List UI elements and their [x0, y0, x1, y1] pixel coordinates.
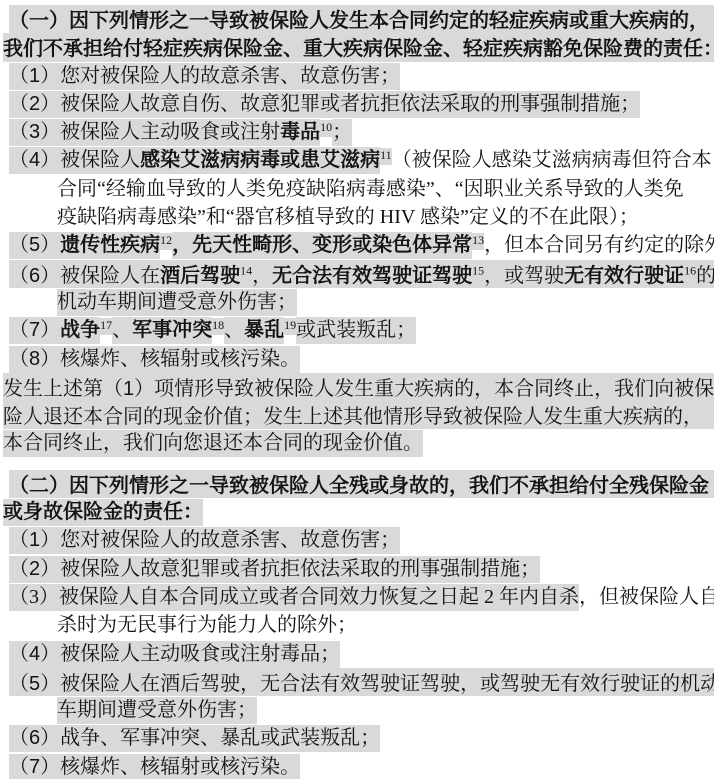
text-segment: 先天性畸形、变形或染色体异常: [192, 232, 472, 259]
superscript-marker: 14: [240, 263, 252, 277]
clause-line: （2）被保险人故意犯罪或者抗拒依法采取的刑事强制措施；: [3, 555, 714, 583]
text-segment: ，但被保险人自: [579, 586, 714, 608]
superscript-marker: 15: [472, 263, 484, 277]
superscript-marker: 19: [284, 318, 296, 335]
clause-line: （2）被保险人故意自伤、故意犯罪或者抗拒依法采取的刑事强制措施；: [3, 90, 714, 118]
text-segment: 本合同终止，我们向您退还本合同的现金价值。: [3, 430, 423, 457]
text-segment: 军事冲突: [132, 317, 212, 344]
text-segment: 机动车期间遭受意外伤害；: [57, 289, 297, 316]
text-segment: 或武装叛乱；: [296, 317, 416, 344]
clause-line: 本合同终止，我们向您退还本合同的现金价值。: [3, 429, 714, 457]
text-segment: 发生上述第（1）项情形导致被保险人发生重大疾病的，本合同终止，我们向被保: [3, 378, 714, 400]
text-segment: 酒后驾驶: [160, 265, 240, 287]
text-segment: （3）被保险人自本合同成立或者合同效力恢复之日起 2 年内自杀: [9, 584, 579, 611]
text-segment: （2）被保险人故意犯罪或者抗拒依法采取的刑事强制措施；: [9, 556, 540, 583]
clause-line: （8）核爆炸、核辐射或核污染。: [3, 345, 714, 373]
text-segment: （7）核爆炸、核辐射或核污染。: [9, 754, 300, 779]
clause-line: （5）被保险人在酒后驾驶，无合法有效驾驶证驾驶，或驾驶无有效行驶证的机动: [3, 668, 714, 696]
clause-line: 发生上述第（1）项情形导致被保险人发生重大疾病的，本合同终止，我们向被保: [3, 373, 714, 401]
clause-line: （7）核爆炸、核辐射或核污染。: [3, 753, 714, 779]
clause-line: （1）您对被保险人的故意杀害、故意伤害；: [3, 526, 714, 554]
clause-line: （一）因下列情形之一导致被保险人发生本合同约定的轻症疾病或重大疾病的，: [3, 5, 714, 33]
text-segment: （4）被保险人主动吸食或注射毒品；: [9, 641, 340, 668]
text-segment: （7）: [9, 317, 60, 344]
clause-line: （二）因下列情形之一导致被保险人全残或身故的，我们不承担给付全残保险金: [3, 470, 714, 498]
clause-line: （5）遗传性疾病12，先天性畸形、变形或染色体异常13，但本合同另有约定的除外；: [3, 231, 714, 259]
text-segment: 、: [224, 317, 244, 344]
text-segment: 险人退还本合同的现金价值；发生上述其他情形导致被保险人发生重大疾病的，: [3, 406, 703, 428]
highlight-band: （一）因下列情形之一导致被保险人发生本合同约定的轻症疾病或重大疾病的，: [9, 5, 714, 33]
superscript-marker: 10: [320, 120, 332, 137]
text-segment: （5）: [9, 232, 60, 259]
exclusions-mild-and-critical-illness: （一）因下列情形之一导致被保险人发生本合同约定的轻症疾病或重大疾病的，我们不承担…: [3, 5, 714, 458]
highlight-band: 发生上述第（1）项情形导致被保险人发生重大疾病的，本合同终止，我们向被保: [3, 373, 714, 401]
text-segment: ，: [252, 265, 272, 287]
highlight-band: （二）因下列情形之一导致被保险人全残或身故的，我们不承担给付全残保险金: [9, 470, 714, 498]
text-segment: 无合法有效驾驶证驾驶: [272, 265, 472, 287]
clause-line: （3）被保险人自本合同成立或者合同效力恢复之日起 2 年内自杀，但被保险人自: [3, 583, 714, 611]
clause-line: （4）被保险人主动吸食或注射毒品；: [3, 640, 714, 668]
text-segment: （一）因下列情形之一导致被保险人发生本合同约定的轻症疾病或重大疾病的，: [9, 10, 709, 32]
text-segment: 杀时为无民事行为能力人的除外；: [57, 614, 357, 636]
clause-line: 疫缺陷病毒感染”和“器官移植导致的 HIV 感染”定义的不在此限）；: [3, 203, 714, 231]
text-segment: （二）因下列情形之一导致被保险人全残或身故的，我们不承担给付全残保险金: [9, 475, 709, 497]
highlight-band: 险人退还本合同的现金价值；发生上述其他情形导致被保险人发生重大疾病的，: [3, 401, 714, 429]
superscript-marker: 17: [100, 318, 112, 335]
clause-line: （4）被保险人感染艾滋病病毒或患艾滋病11（被保险人感染艾滋病病毒但符合本: [3, 146, 714, 174]
text-segment: 无有效行驶证: [564, 265, 684, 287]
text-segment: （8）核爆炸、核辐射或核污染。: [9, 346, 300, 373]
text-segment: （6）被保险人在: [9, 265, 160, 287]
superscript-marker: 12: [160, 233, 172, 250]
clause-line: 我们不承担给付轻症疾病保险金、重大疾病保险金、轻症疾病豁免保险费的责任：: [3, 33, 714, 61]
text-segment: 战争: [60, 317, 100, 344]
clause-line: 险人退还本合同的现金价值；发生上述其他情形导致被保险人发生重大疾病的，: [3, 401, 714, 429]
clause-line: 合同“经输血导致的人类免疫缺陷病毒感染”、“因职业关系导致的人类免: [3, 175, 714, 203]
clause-line: 机动车期间遭受意外伤害；: [3, 288, 714, 316]
clause-line: （6）战争、军事冲突、暴乱或武装叛乱；: [3, 724, 714, 752]
superscript-marker: 11: [380, 148, 392, 165]
contract-document-page: （一）因下列情形之一导致被保险人发生本合同约定的轻症疾病或重大疾病的，我们不承担…: [0, 0, 719, 779]
text-segment: 的: [696, 265, 714, 287]
superscript-marker: 16: [684, 263, 696, 277]
text-segment: （6）战争、军事冲突、暴乱或武装叛乱；: [9, 725, 380, 752]
text-segment: 感染艾滋病病毒或患艾滋病: [140, 147, 380, 174]
text-segment: 或身故保险金的责任：: [3, 499, 203, 526]
text-segment: 毒品: [280, 119, 320, 146]
text-segment: 暴乱: [244, 317, 284, 344]
text-segment: 疫缺陷病毒感染”和“器官移植导致的 HIV 感染”定义的不在此限）；: [57, 206, 639, 228]
highlight-band: 我们不承担给付轻症疾病保险金、重大疾病保险金、轻症疾病豁免保险费的责任：: [3, 33, 714, 61]
text-segment: （5）被保险人在酒后驾驶，无合法有效驾驶证驾驶，或驾驶无有效行驶证的机动: [9, 673, 714, 695]
document-body: （一）因下列情形之一导致被保险人发生本合同约定的轻症疾病或重大疾病的，我们不承担…: [3, 5, 714, 779]
text-segment: （被保险人感染艾滋病病毒但符合本: [392, 149, 712, 171]
clause-line: （6）被保险人在酒后驾驶14，无合法有效驾驶证驾驶15，或驾驶无有效行驶证16的: [3, 260, 714, 288]
clause-line: （1）您对被保险人的故意杀害、故意伤害；: [3, 62, 714, 90]
superscript-marker: 18: [212, 318, 224, 335]
highlight-band: （5）被保险人在酒后驾驶，无合法有效驾驶证驾驶，或驾驶无有效行驶证的机动: [9, 668, 714, 696]
text-segment: （3）被保险人主动吸食或注射: [9, 119, 280, 146]
exclusions-total-disability-and-death: （二）因下列情形之一导致被保险人全残或身故的，我们不承担给付全残保险金或身故保险…: [3, 470, 714, 779]
text-segment: （2）被保险人故意自伤、故意犯罪或者抗拒依法采取的刑事强制措施；: [9, 91, 640, 118]
text-segment: ；: [332, 119, 352, 146]
text-segment: 、: [112, 317, 132, 344]
clause-line: （3）被保险人主动吸食或注射毒品10；: [3, 118, 714, 146]
text-segment: （4）被保险人: [9, 147, 140, 174]
highlight-band: （6）被保险人在酒后驾驶14，无合法有效驾驶证驾驶15，或驾驶无有效行驶证16的: [9, 260, 714, 288]
clause-line: 或身故保险金的责任：: [3, 498, 714, 526]
clause-line: 车期间遭受意外伤害；: [3, 696, 714, 724]
text-segment: （1）您对被保险人的故意杀害、故意伤害；: [9, 527, 400, 554]
clause-line: （7）战争17、军事冲突18、暴乱19或武装叛乱；: [3, 316, 714, 344]
clause-line: 杀时为无民事行为能力人的除外；: [3, 611, 714, 639]
text-segment: ，但本合同另有约定的除外；: [484, 234, 714, 256]
text-segment: ，或驾驶: [484, 265, 564, 287]
text-segment: （1）您对被保险人的故意杀害、故意伤害；: [9, 63, 400, 90]
text-segment: 遗传性疾病: [60, 232, 160, 259]
text-segment: 合同“经输血导致的人类免疫缺陷病毒感染”、“因职业关系导致的人类免: [57, 178, 684, 200]
text-segment: 我们不承担给付轻症疾病保险金、重大疾病保险金、轻症疾病豁免保险费的责任：: [3, 38, 714, 60]
text-segment: 车期间遭受意外伤害；: [57, 697, 257, 724]
text-segment: ，: [172, 232, 192, 259]
superscript-marker: 13: [472, 233, 484, 250]
